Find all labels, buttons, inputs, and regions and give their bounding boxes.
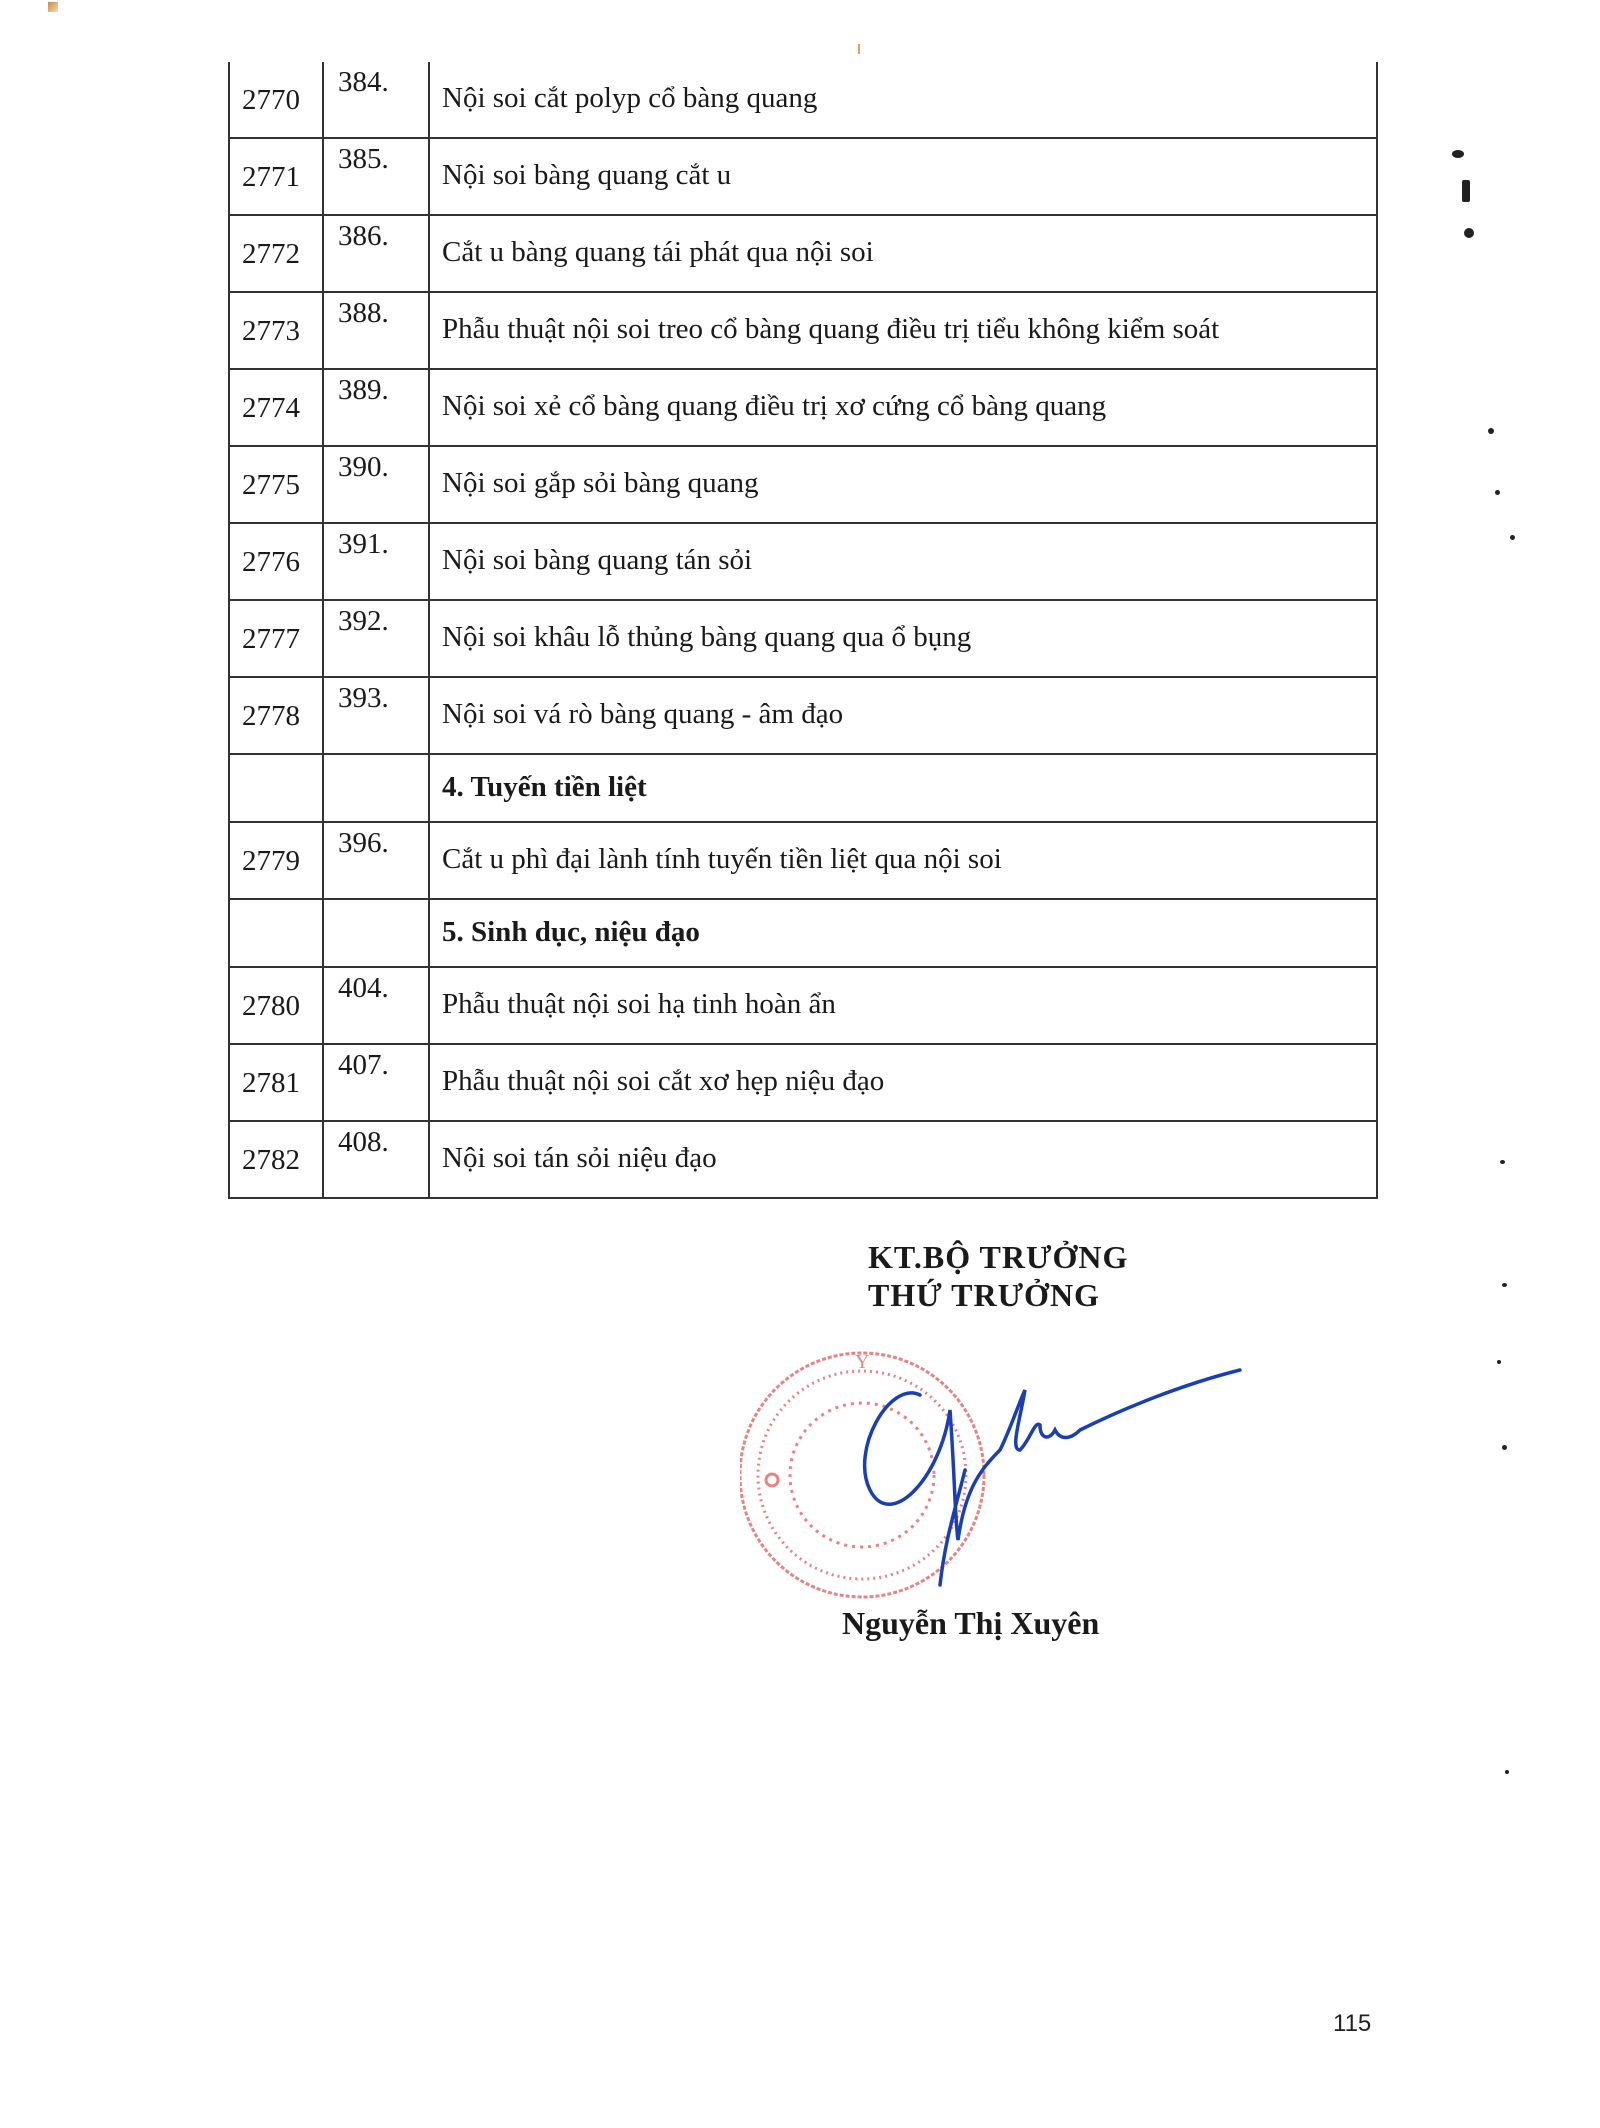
table-row: 2773 388. Phẫu thuật nội soi treo cổ bàn…: [229, 292, 1377, 369]
procedure-name-cell: Nội soi bàng quang cắt u: [429, 138, 1377, 215]
procedure-name-cell: Phẫu thuật nội soi treo cổ bàng quang đi…: [429, 292, 1377, 369]
scan-mark: [858, 44, 860, 54]
stt-cell: [229, 899, 323, 967]
stt-cell: 2773: [229, 292, 323, 369]
signature-subtitle: THỨ TRƯỞNG: [868, 1276, 1128, 1314]
procedure-name-cell: Nội soi khâu lỗ thủng bàng quang qua ổ b…: [429, 600, 1377, 677]
code-cell: 388.: [323, 292, 429, 369]
table-row: 2781 407. Phẫu thuật nội soi cắt xơ hẹp …: [229, 1044, 1377, 1121]
table-row: 2777 392. Nội soi khâu lỗ thủng bàng qua…: [229, 600, 1377, 677]
procedure-name-cell: Phẫu thuật nội soi cắt xơ hẹp niệu đạo: [429, 1044, 1377, 1121]
stt-cell: 2774: [229, 369, 323, 446]
table-row: 2770 384. Nội soi cắt polyp cổ bàng quan…: [229, 62, 1377, 138]
stt-cell: 2780: [229, 967, 323, 1044]
red-seal-icon: Y: [740, 1351, 984, 1597]
code-cell: 391.: [323, 523, 429, 600]
stt-cell: 2776: [229, 523, 323, 600]
stt-cell: 2777: [229, 600, 323, 677]
section-header-row: 5. Sinh dục, niệu đạo: [229, 899, 1377, 967]
table-row: 2771 385. Nội soi bàng quang cắt u: [229, 138, 1377, 215]
table-row: 2778 393. Nội soi vá rò bàng quang - âm …: [229, 677, 1377, 754]
code-cell: 386.: [323, 215, 429, 292]
code-cell: 393.: [323, 677, 429, 754]
table-row: 2780 404. Phẫu thuật nội soi hạ tinh hoà…: [229, 967, 1377, 1044]
code-cell: 390.: [323, 446, 429, 523]
code-cell: 408.: [323, 1121, 429, 1198]
page-number: 115: [1333, 2010, 1371, 2038]
stt-cell: 2782: [229, 1121, 323, 1198]
code-cell: 385.: [323, 138, 429, 215]
stt-cell: [229, 754, 323, 822]
procedure-name-cell: Nội soi cắt polyp cổ bàng quang: [429, 62, 1377, 138]
table-row: 2775 390. Nội soi gắp sỏi bàng quang: [229, 446, 1377, 523]
procedure-name-cell: Nội soi tán sỏi niệu đạo: [429, 1121, 1377, 1198]
code-cell: 389.: [323, 369, 429, 446]
svg-text:Y: Y: [855, 1351, 869, 1373]
official-stamp-and-signature: Y: [740, 1340, 1260, 1610]
stt-cell: 2779: [229, 822, 323, 899]
table-row: 2774 389. Nội soi xẻ cổ bàng quang điều …: [229, 369, 1377, 446]
section-header-row: 4. Tuyến tiền liệt: [229, 754, 1377, 822]
table-row: 2772 386. Cắt u bàng quang tái phát qua …: [229, 215, 1377, 292]
procedure-name-cell: Cắt u phì đại lành tính tuyến tiền liệt …: [429, 822, 1377, 899]
procedure-name-cell: Cắt u bàng quang tái phát qua nội soi: [429, 215, 1377, 292]
scan-corner-mark: [48, 2, 58, 12]
procedure-name-cell: Nội soi vá rò bàng quang - âm đạo: [429, 677, 1377, 754]
code-cell: 407.: [323, 1044, 429, 1121]
code-cell: 396.: [323, 822, 429, 899]
signature-title: KT.BỘ TRƯỞNG: [868, 1238, 1128, 1276]
procedure-table: 2770 384. Nội soi cắt polyp cổ bàng quan…: [228, 62, 1378, 1199]
stt-cell: 2772: [229, 215, 323, 292]
signature-block: KT.BỘ TRƯỞNG THỨ TRƯỞNG: [868, 1238, 1128, 1314]
table-row: 2776 391. Nội soi bàng quang tán sỏi: [229, 523, 1377, 600]
procedure-name-cell: 5. Sinh dục, niệu đạo: [429, 899, 1377, 967]
signer-name: Nguyễn Thị Xuyên: [842, 1605, 1099, 1642]
code-cell: [323, 899, 429, 967]
procedure-name-cell: Nội soi gắp sỏi bàng quang: [429, 446, 1377, 523]
stt-cell: 2775: [229, 446, 323, 523]
stt-cell: 2781: [229, 1044, 323, 1121]
procedure-name-cell: Phẫu thuật nội soi hạ tinh hoàn ẩn: [429, 967, 1377, 1044]
stt-cell: 2770: [229, 62, 323, 138]
table-row: 2779 396. Cắt u phì đại lành tính tuyến …: [229, 822, 1377, 899]
procedure-name-cell: Nội soi bàng quang tán sỏi: [429, 523, 1377, 600]
code-cell: 404.: [323, 967, 429, 1044]
procedure-name-cell: 4. Tuyến tiền liệt: [429, 754, 1377, 822]
stt-cell: 2771: [229, 138, 323, 215]
stt-cell: 2778: [229, 677, 323, 754]
code-cell: 384.: [323, 62, 429, 138]
code-cell: 392.: [323, 600, 429, 677]
table-row: 2782 408. Nội soi tán sỏi niệu đạo: [229, 1121, 1377, 1198]
code-cell: [323, 754, 429, 822]
procedure-name-cell: Nội soi xẻ cổ bàng quang điều trị xơ cứn…: [429, 369, 1377, 446]
